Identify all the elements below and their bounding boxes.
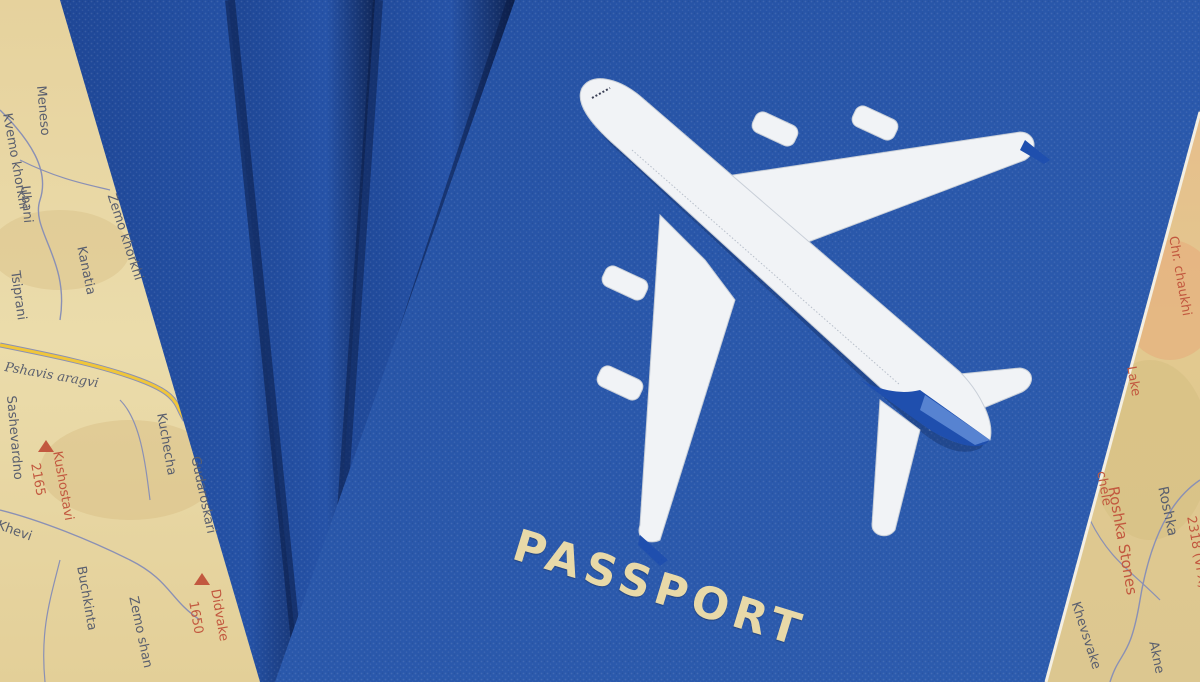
photo-scene: Meneso Ubani Zemo khorkhi Kvemo khorkhi … [0,0,1200,682]
